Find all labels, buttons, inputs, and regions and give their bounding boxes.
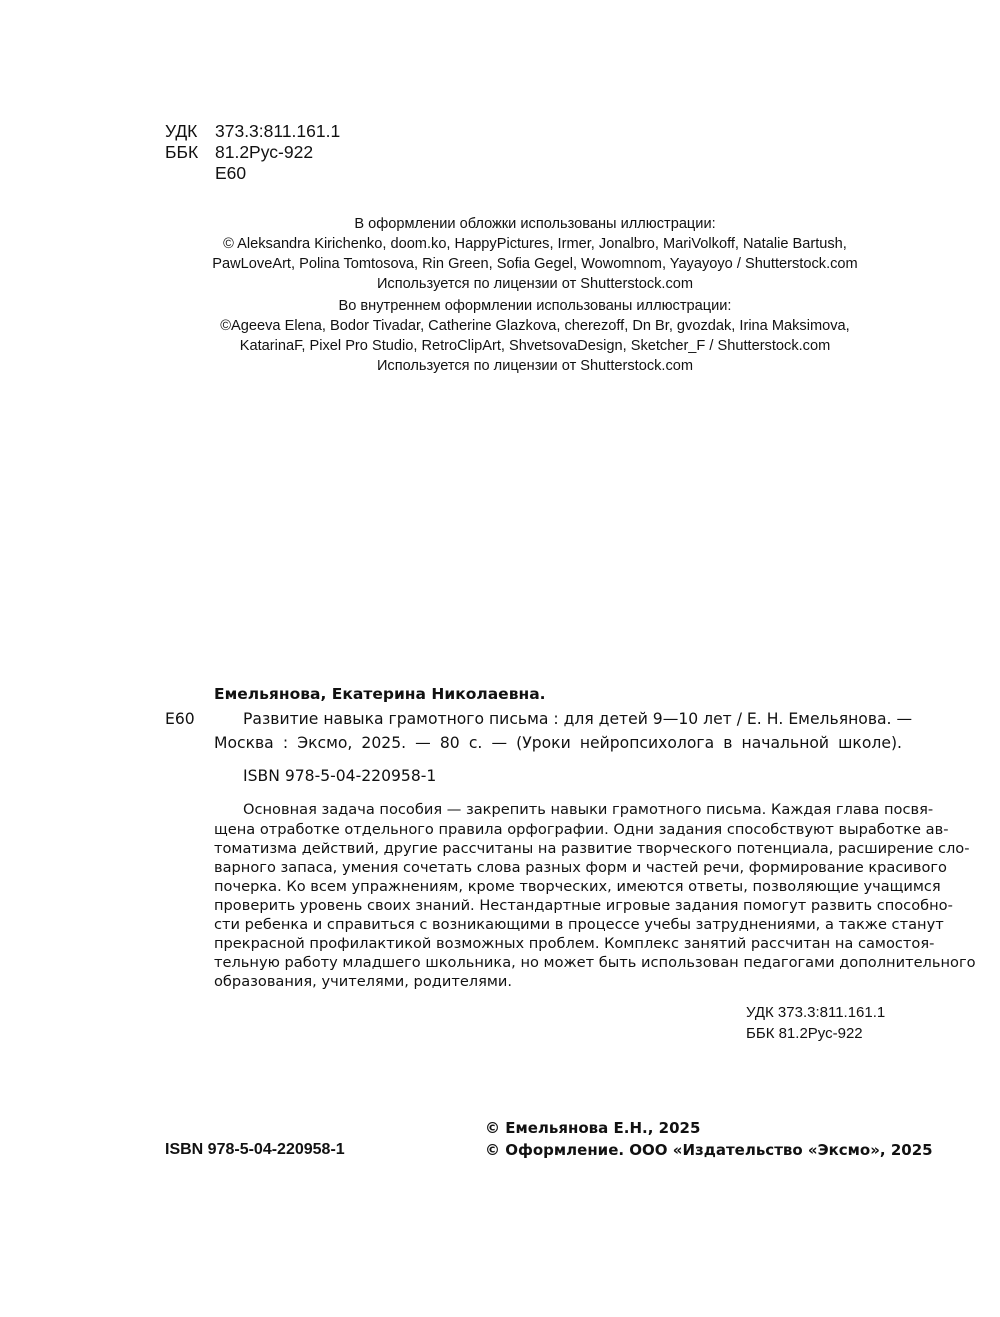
card-classification: УДК 373.3:811.161.1 ББК 81.2Рус-922 [746,1002,885,1044]
interior-credits-line: ©Ageeva Elena, Bodor Tivadar, Catherine … [150,316,920,336]
bbk-label: ББК [165,142,215,163]
annotation-line: Основная задача пособия — закрепить навы… [243,801,902,818]
catalog-author: Емельянова, Екатерина Николаевна. [214,685,546,703]
annotation-line: щена отработке отдельного правила орфогр… [214,821,902,838]
footer-isbn: ISBN 978-5-04-220958-1 [165,1141,345,1159]
udk-value: 373.3:811.161.1 [215,121,340,141]
catalog-title-line: Развитие навыка грамотного письма : для … [243,710,902,728]
copyright-author: © Емельянова Е.Н., 2025 [485,1117,933,1139]
cover-credits-license: Используется по лицензии от Shutterstock… [150,274,920,294]
bbk-value: 81.2Рус-922 [215,142,313,162]
annotation-line: сти ребенка и справиться с возникающими … [214,916,902,933]
cover-credits-heading: В оформлении обложки использованы иллюст… [150,214,920,234]
interior-credits-line: KatarinaF, Pixel Pro Studio, RetroClipAr… [150,336,920,356]
annotation-line: почерка. Ко всем упражнениям, кроме твор… [214,878,902,895]
cover-credits-line: © Aleksandra Kirichenko, doom.ko, HappyP… [150,234,920,254]
catalog-isbn: ISBN 978-5-04-220958-1 [243,767,436,785]
annotation-line: прекрасной профилактикой возможных пробл… [214,935,902,952]
cover-credits-line: PawLoveArt, Polina Tomtosova, Rin Green,… [150,254,920,274]
copyright-design: © Оформление. ООО «Издательство «Эксмо»,… [485,1139,933,1161]
annotation-line: томатизма действий, другие рассчитаны на… [214,840,902,857]
interior-credits-heading: Во внутреннем оформлении использованы ил… [150,296,920,316]
annotation-line: варного запаса, умения сочетать слова ра… [214,859,902,876]
interior-credits-license: Используется по лицензии от Shutterstock… [150,356,920,376]
bbk-row: ББК81.2Рус-922 [165,142,340,163]
cover-credits: В оформлении обложки использованы иллюст… [150,214,920,294]
annotation-line: образования, учителями, родителями. [214,973,902,990]
catalog-publisher-line: Москва : Эксмо, 2025. — 80 с. — (Уроки н… [214,734,902,752]
annotation-line: проверить уровень своих знаний. Нестанда… [214,897,902,914]
udk-label: УДК [165,121,215,142]
catalog-author-mark: Е60 [165,710,195,728]
footer-copyrights: © Емельянова Е.Н., 2025 © Оформление. ОО… [485,1117,933,1161]
author-mark-row: Е60 [165,163,340,184]
udk-row: УДК373.3:811.161.1 [165,121,340,142]
classification-block: УДК373.3:811.161.1 ББК81.2Рус-922 Е60 [165,121,340,184]
card-bbk: ББК 81.2Рус-922 [746,1023,885,1044]
annotation-line: тельную работу младшего школьника, но мо… [214,954,902,971]
author-mark: Е60 [215,163,246,183]
card-udk: УДК 373.3:811.161.1 [746,1002,885,1023]
interior-credits: Во внутреннем оформлении использованы ил… [150,296,920,376]
